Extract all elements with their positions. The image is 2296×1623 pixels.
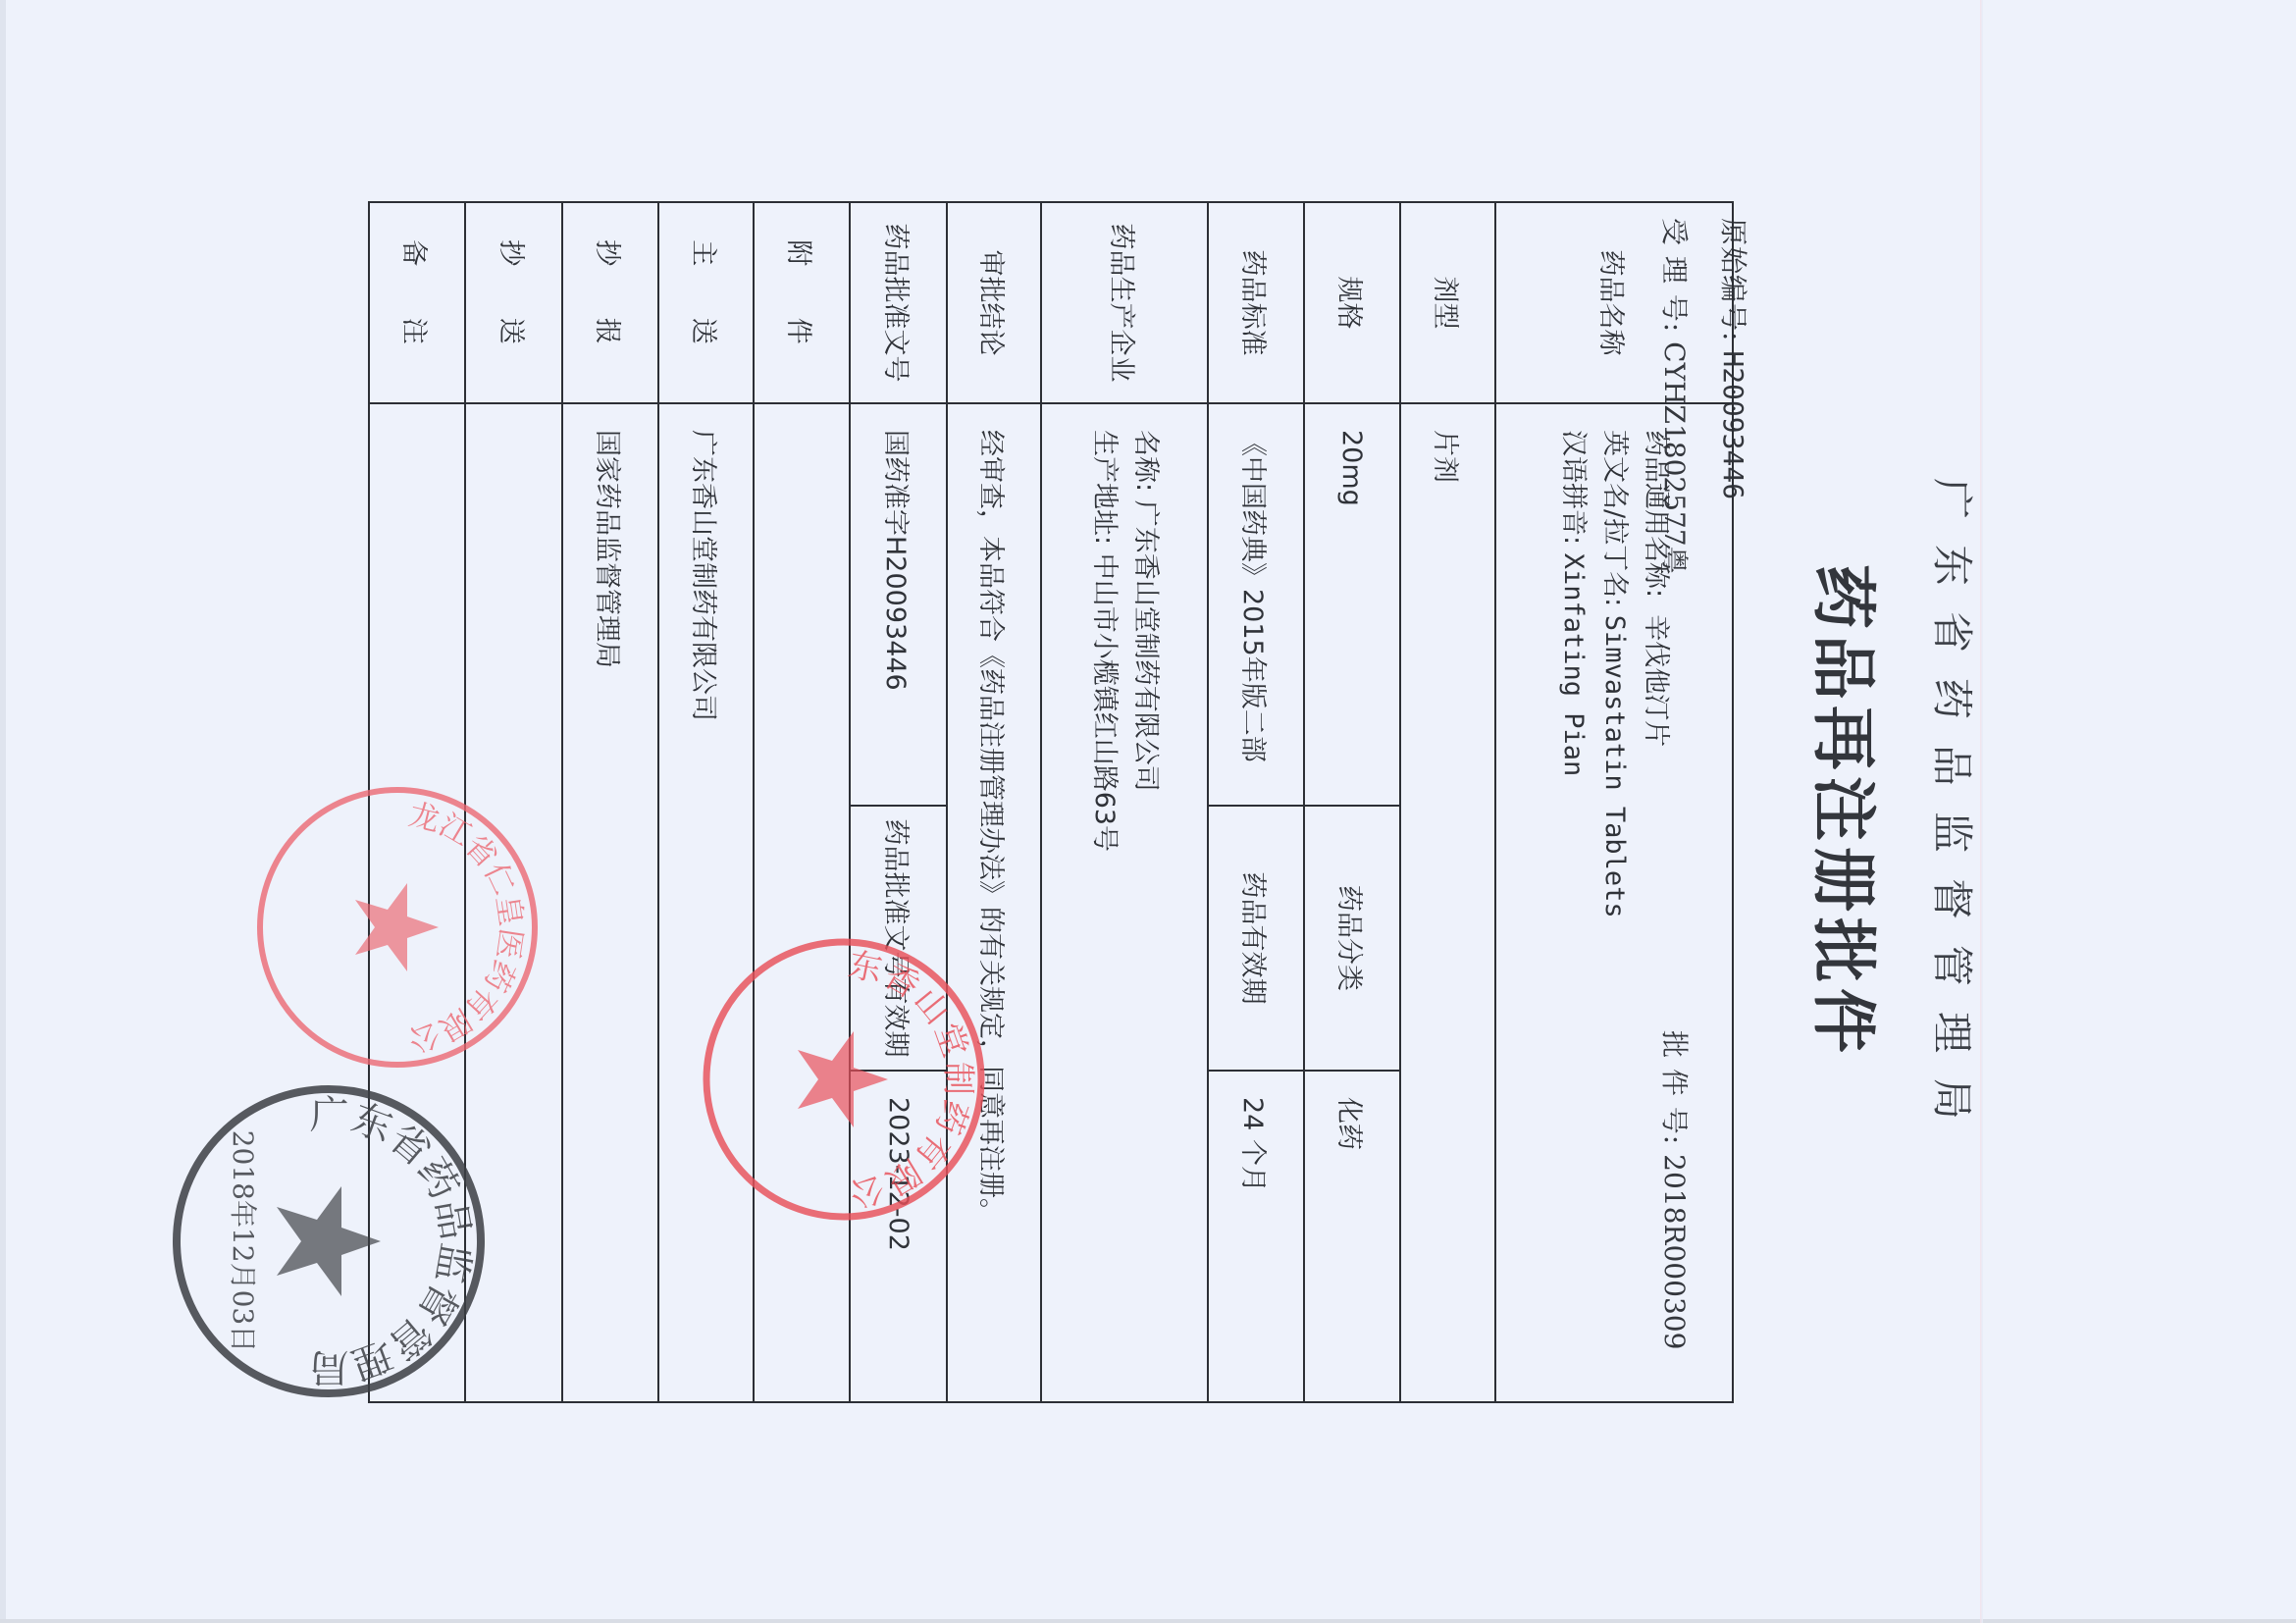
issuing-agency: 广东省药品监督管理局 [1925, 0, 1984, 1623]
approval-number-label: 药品批准文号 [850, 202, 947, 403]
attachment-label: 附 件 [754, 202, 850, 403]
distributor-seal: 黑龙江省仁皇医药有限公司 [250, 780, 545, 1074]
pinyin-name-value: Xinfating Pian [1558, 553, 1589, 777]
dosage-form-label: 剂型 [1400, 202, 1495, 403]
specification-label: 规格 [1304, 202, 1400, 403]
manufacturer-address: 生产地址: 中山市小榄镇红山路63号 [1083, 430, 1124, 1401]
main-recipient-value: 广东香山堂制药有限公司 [658, 403, 754, 1402]
approval-table: 药品名称 药品通用名称: 辛伐他汀片 英文名/拉丁名: Simvastatin … [368, 201, 1734, 1403]
table-row-standard: 药品标准 《中国药典》2015年版二部 药品有效期 24 个月 [1208, 202, 1304, 1402]
cc-send-label: 抄 送 [465, 202, 562, 403]
manufacturer-name-value: 广东香山堂制药有限公司 [1130, 500, 1161, 792]
dosage-form-value: 片剂 [1400, 403, 1495, 1402]
seal-date: 2018年12月03日 [227, 1130, 259, 1353]
pinyin-name-label: 汉语拼音: [1558, 430, 1589, 545]
cc-report-label: 抄 报 [562, 202, 658, 403]
table-row-drug-name: 药品名称 药品通用名称: 辛伐他汀片 英文名/拉丁名: Simvastatin … [1495, 202, 1733, 1402]
table-row-cc-report: 抄 报 国家药品监督管理局 [562, 202, 658, 1402]
table-row-specification: 规格 20mg 药品分类 化药 [1304, 202, 1400, 1402]
shelf-life-label: 药品有效期 [1208, 806, 1304, 1071]
drug-name-value: 药品通用名称: 辛伐他汀片 英文名/拉丁名: Simvastatin Table… [1495, 403, 1733, 1402]
manufacturer-value: 名称: 广东香山堂制药有限公司 生产地址: 中山市小榄镇红山路63号 [1041, 403, 1208, 1402]
drug-category-value: 化药 [1304, 1071, 1400, 1402]
drug-standard-label: 药品标准 [1208, 202, 1304, 403]
star-icon [277, 1186, 381, 1296]
star-icon [355, 883, 439, 971]
conclusion-value: 经审查，本品符合《药品注册管理办法》的有关规定，同意再注册。 [947, 403, 1041, 1402]
table-row-manufacturer: 药品生产企业 名称: 广东香山堂制药有限公司 生产地址: 中山市小榄镇红山路63… [1041, 202, 1208, 1402]
pinyin-name: 汉语拼音: Xinfating Pian [1552, 430, 1593, 1401]
table-row-dosage-form: 剂型 片剂 [1400, 202, 1495, 1402]
manufacturer-address-label: 生产地址: [1089, 430, 1120, 545]
drug-name-label: 药品名称 [1495, 202, 1733, 403]
official-seal: 广东省药品监督管理局 2018年12月03日 [167, 1079, 491, 1403]
specification-value: 20mg [1304, 403, 1400, 806]
approval-number-value: 国药准字H20093446 [850, 403, 947, 806]
approval-document-page: 广东省药品监督管理局 药品再注册批件 原始编号: H20093446 受 理 号… [0, 0, 2296, 1623]
attachment-value [754, 403, 850, 1402]
drug-standard-value: 《中国药典》2015年版二部 [1208, 403, 1304, 806]
drug-category-label: 药品分类 [1304, 806, 1400, 1071]
english-name-label: 英文名/拉丁名: [1599, 430, 1630, 606]
generic-name-value: 辛伐他汀片 [1641, 614, 1671, 747]
manufacturer-address-value: 中山市小榄镇红山路63号 [1089, 553, 1120, 852]
generic-name: 药品通用名称: 辛伐他汀片 [1635, 430, 1676, 1401]
manufacturer-name-label: 名称: [1130, 430, 1161, 492]
star-icon [798, 1031, 888, 1127]
company-seal: 广东香山堂制药有限公司 [697, 932, 991, 1227]
english-name-value: Simvastatin Tablets [1599, 615, 1630, 918]
manufacturer-name: 名称: 广东香山堂制药有限公司 [1124, 430, 1166, 1401]
english-name: 英文名/拉丁名: Simvastatin Tablets [1593, 430, 1635, 1401]
remarks-label: 备 注 [369, 202, 465, 403]
manufacturer-label: 药品生产企业 [1041, 202, 1208, 403]
cc-report-value: 国家药品监督管理局 [562, 403, 658, 1402]
shelf-life-value: 24 个月 [1208, 1071, 1304, 1402]
scanned-document: 广东省药品监督管理局 药品再注册批件 原始编号: H20093446 受 理 号… [0, 0, 2296, 1623]
document-title: 药品再注册批件 [1802, 0, 1896, 1623]
generic-name-label: 药品通用名称: [1641, 430, 1671, 598]
conclusion-label: 审批结论 [947, 202, 1041, 403]
main-recipient-label: 主 送 [658, 202, 754, 403]
